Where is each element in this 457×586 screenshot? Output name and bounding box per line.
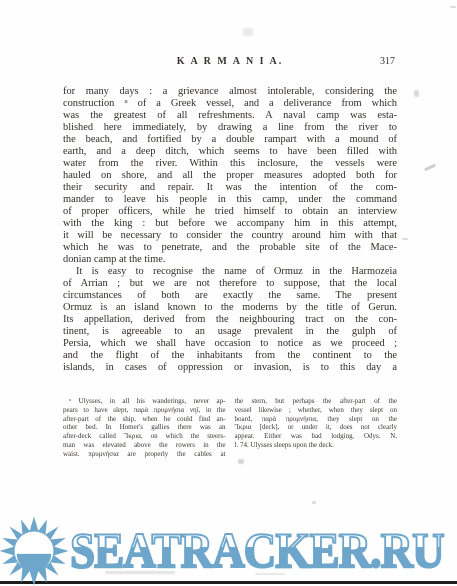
footnote-line: the stern, but perhaps the after-part of…: [235, 397, 398, 406]
watermark: SEATRACKER.RU: [0, 515, 457, 586]
scan-speck: [312, 501, 316, 504]
footnote-line: man was elevated above the rowers in the: [63, 441, 226, 450]
footnote-line: l. 74. Ulysses sleeps upon the deck.: [235, 441, 398, 450]
footnote-right-column: the stern, but perhaps the after-part of…: [235, 397, 398, 459]
footnote-line: after-deck called Ἴκρια, on which the st…: [63, 432, 226, 441]
text-line: tinent, is agreeable to an usage prevale…: [63, 326, 397, 338]
text-line: of Arrian ; but we are not therefore to …: [63, 278, 397, 290]
text-line: earth, and a deep ditch, which seems to …: [63, 146, 397, 158]
text-line: blished here immediately, by drawing a l…: [63, 122, 397, 134]
text-line: of proper officers, while he tried himse…: [63, 206, 397, 218]
footnote-line: ᵘ Ulysses, in all his wanderings, never …: [63, 397, 226, 406]
text-line: hauled on shore, and all the proper meas…: [63, 170, 397, 182]
sun-logo-icon: [0, 515, 70, 586]
text-line: and the flight of the inhabitants from t…: [63, 350, 397, 362]
footnote-line: board, παρὰ πρυμνήσια, they slept on the: [235, 415, 398, 424]
footnote-line: pears to have slept, παρὰ πρυμνήσια νηΐ,…: [63, 406, 226, 415]
text-line: was the greatest of all refreshments. A …: [63, 110, 397, 122]
footnote-line: Ἴκρια [deck], or under it, does not clea…: [235, 423, 398, 432]
text-line: circumstances of both are exactly the sa…: [63, 290, 397, 302]
body-text: for many days : a grievance almost intol…: [63, 86, 397, 374]
scan-speck: [424, 164, 436, 172]
scan-speck: [450, 6, 456, 8]
text-line: the beach, and fortified by a double ram…: [63, 134, 397, 146]
text-line: water from the river. Within this inclos…: [63, 158, 397, 170]
scan-speck: [402, 238, 408, 240]
footnote-line: after-part of the ship, when he could fi…: [63, 415, 226, 424]
page-number: 317: [380, 56, 395, 67]
text-line: it will be necessary to consider the cou…: [63, 230, 397, 242]
scan-speck: [238, 459, 244, 464]
text-line: for many days : a grievance almost intol…: [63, 86, 397, 98]
text-line: It is easy to recognise the name of Ormu…: [63, 266, 397, 278]
page-header: K A R M A N I A. 317: [63, 56, 397, 69]
scan-speck: [414, 90, 419, 97]
text-line: their security and repair. It was the in…: [63, 182, 397, 194]
footnote-line: waist. πρυμνήσια are properly the cables…: [63, 450, 226, 459]
scanned-book-page: K A R M A N I A. 317 for many days : a g…: [0, 0, 457, 586]
footnote-line: appear. Either was bad lodging. Odys. N.: [235, 432, 398, 441]
footnote-line: other bed. In Homer's gallies there was …: [63, 423, 226, 432]
text-line: Ormuz is an island known to the moderns …: [63, 302, 397, 314]
text-line: construction ᵘ of a Greek vessel, and a …: [63, 98, 397, 110]
text-line: Persia, which we shall have occasion to …: [63, 338, 397, 350]
text-line: mander to leave his people in this camp,…: [63, 194, 397, 206]
text-line: Its appellation, derived from the neighb…: [63, 314, 397, 326]
text-line: with the king : but before we accompany …: [63, 218, 397, 230]
footnote-left-column: ᵘ Ulysses, in all his wanderings, never …: [63, 397, 226, 459]
scan-speck: [243, 28, 253, 36]
watermark-text: SEATRACKER.RU: [70, 524, 444, 576]
text-line: donian camp at the time.: [63, 254, 397, 266]
footnote-line: vessel likewise ; whether, when they sle…: [235, 406, 398, 415]
running-title: K A R M A N I A.: [63, 56, 397, 67]
text-line: islands, in cases of oppression or invas…: [63, 362, 397, 374]
footnote: ᵘ Ulysses, in all his wanderings, never …: [63, 397, 397, 459]
text-line: which he was to penetrate, and the proba…: [63, 242, 397, 254]
